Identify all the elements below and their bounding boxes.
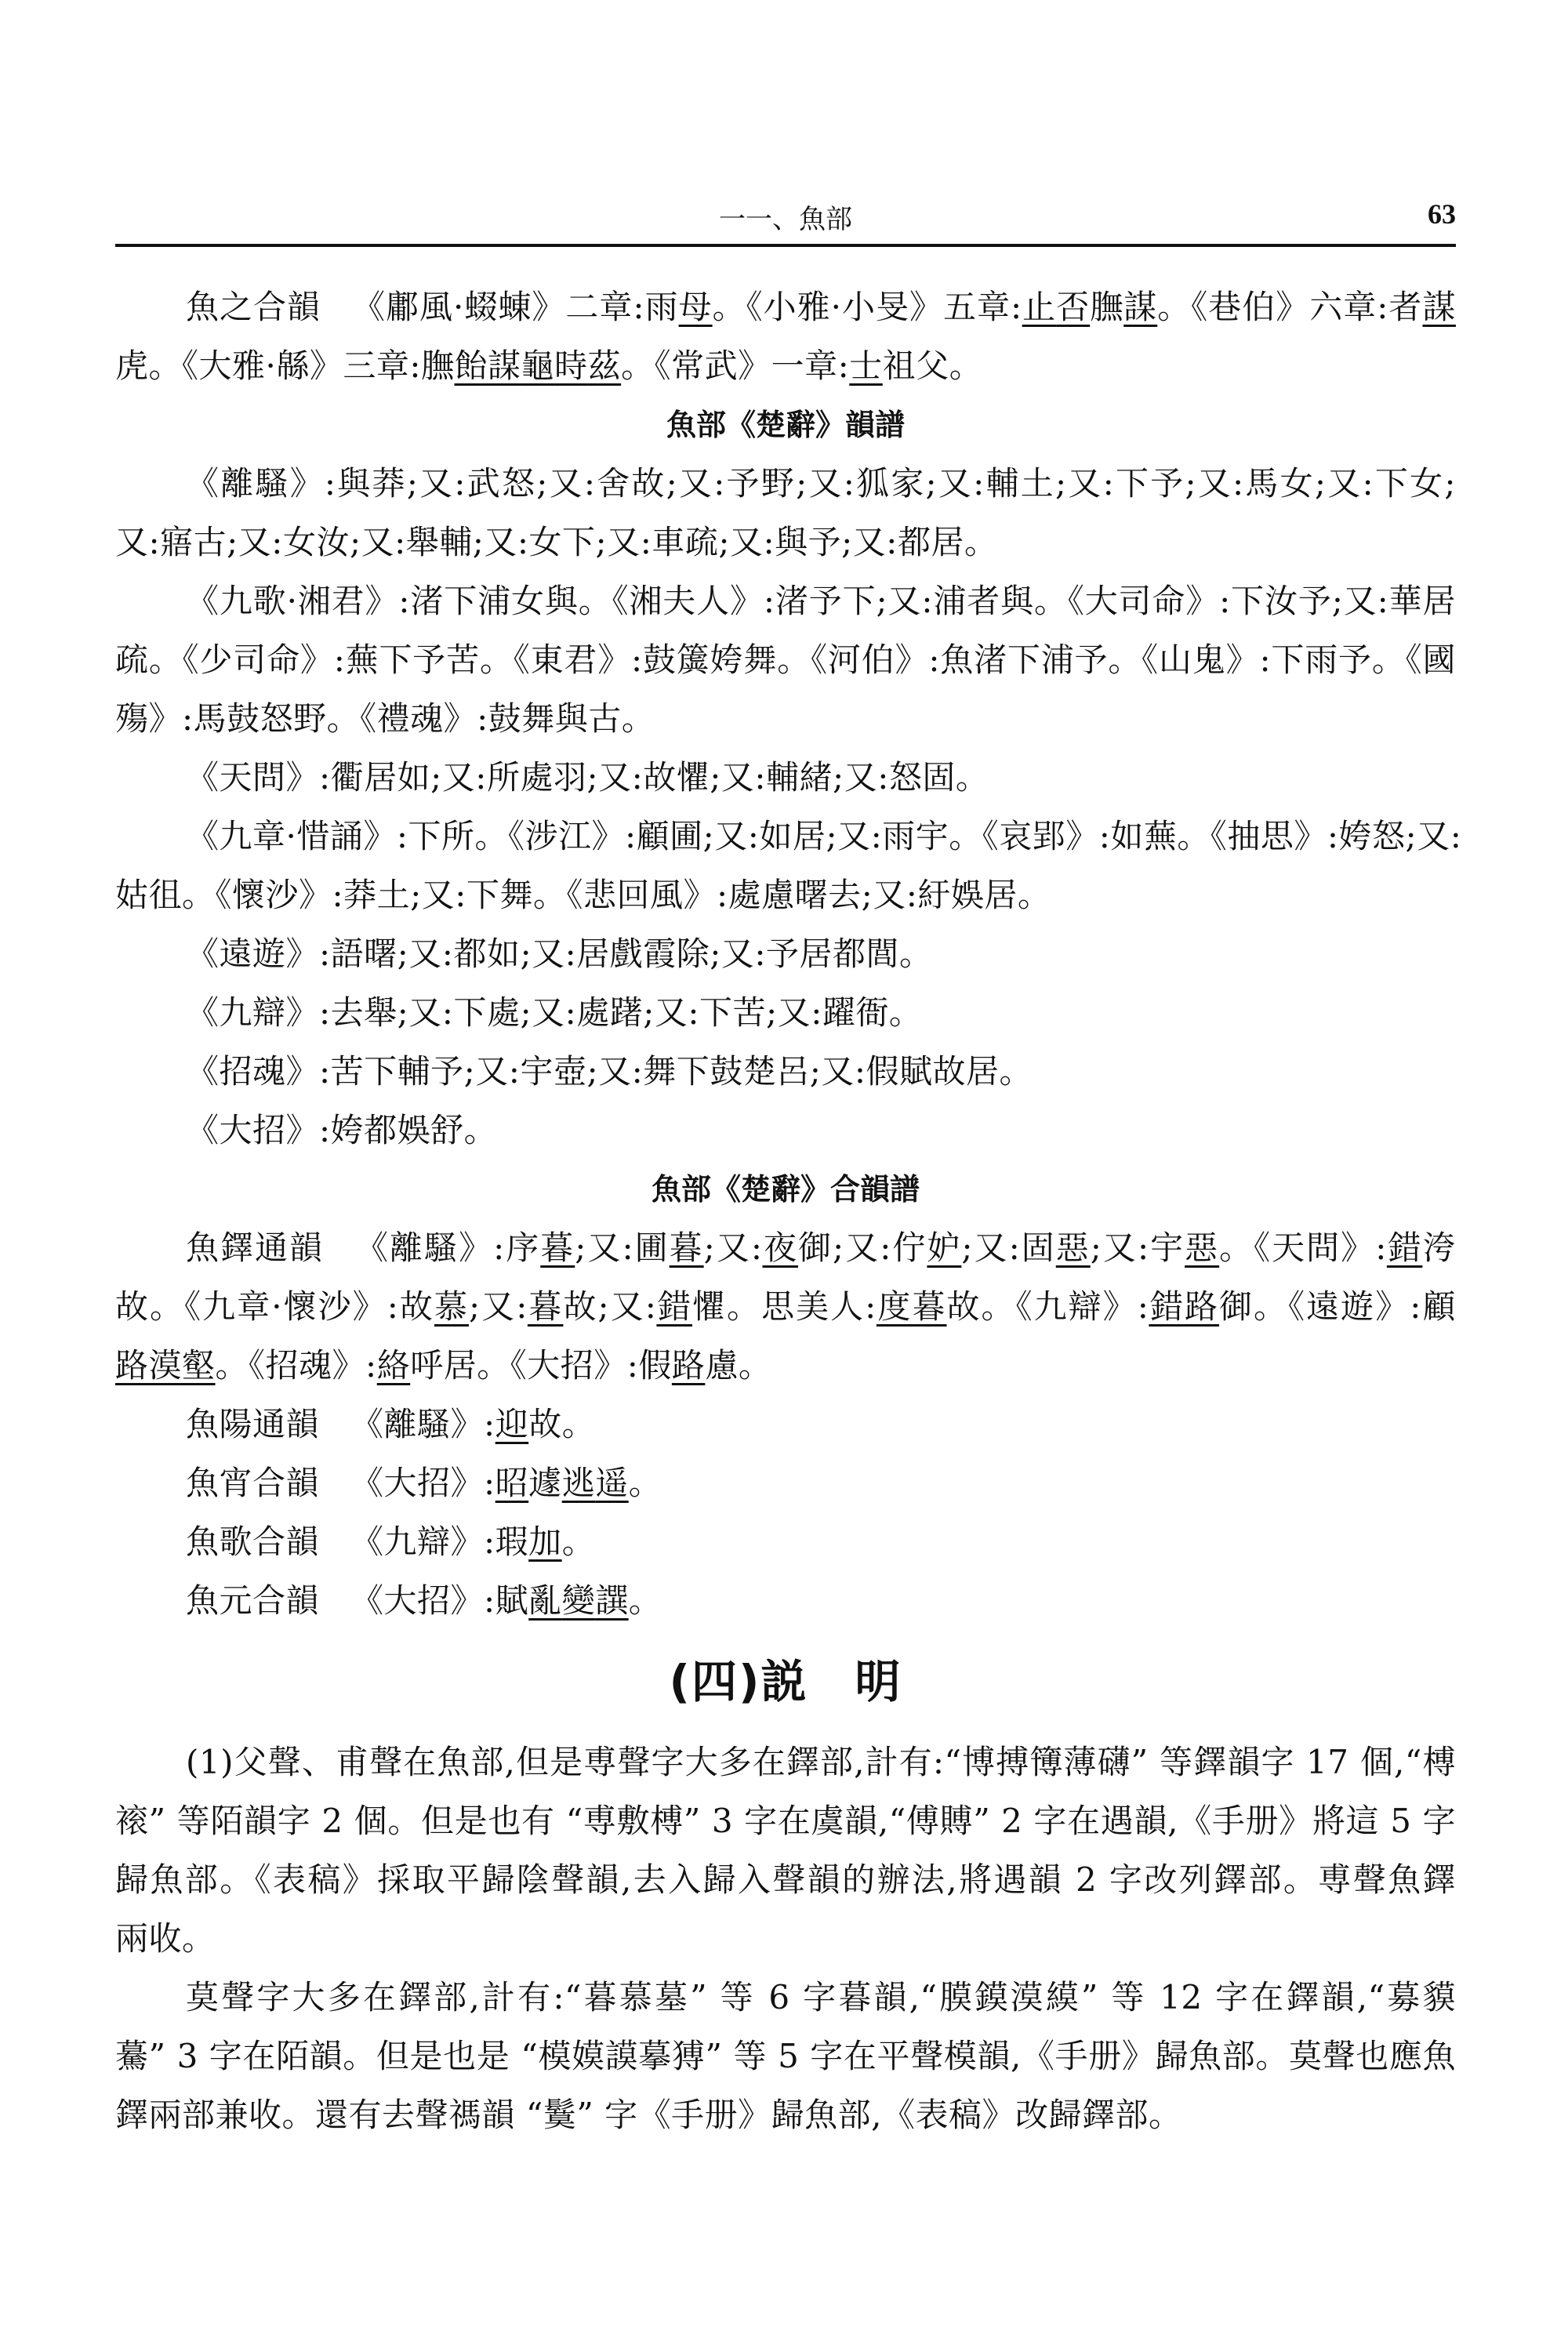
paragraph-line: 鐸兩部兼收。還有去聲禡韻 “鬕” 字《手册》歸魚部,《表稿》改歸鐸部。 [115, 2092, 1456, 2139]
running-head: 一一、魚部 63 [115, 198, 1456, 237]
text-run: ;又:圃 [575, 1229, 669, 1267]
underlined-rhyme-char: 漠 [149, 1346, 183, 1385]
paragraph-line: 歸魚部。《表稿》採取平歸陰聲韻,去入歸入聲韻的辦法,將遇韻 2 字改列鐸部。尃聲… [115, 1857, 1456, 1904]
rhyme-line: 魚鐸通韻《離騷》:序暮;又:圃暮;又:夜御;又:佇妒;又:固惡;又:宇惡。《天問… [115, 1225, 1456, 1272]
text-run: 《鄘風·蝃蝀》二章:雨 [352, 288, 679, 326]
text-run: 。《招魂》: [216, 1346, 377, 1385]
text-line: 疏。《少司命》:蕪下予苦。《東君》:鼓簴姱舞。《河伯》:魚渚下浦予。《山鬼》:下… [115, 637, 1456, 684]
underlined-rhyme-char: 亂 [528, 1581, 562, 1620]
text-run: 洿 [1422, 1229, 1456, 1267]
underlined-rhyme-char: 暮 [912, 1287, 946, 1326]
rhyme-line: 故。《九章·懷沙》:故慕;又:暮故;又:錯懼。思美人:度暮故。《九辯》:錯路御。… [115, 1283, 1456, 1330]
text-line: 《九章·惜誦》:下所。《涉江》:顧圃;又:如居;又:雨宇。《哀郢》:如蕪。《抽思… [115, 813, 1456, 860]
text-run: 故。 [528, 1405, 595, 1443]
underlined-rhyme-char: 慕 [434, 1287, 469, 1326]
underlined-rhyme-char: 暮 [670, 1229, 704, 1267]
underlined-rhyme-char: 逃 [562, 1464, 596, 1502]
rhyme-category-label: 魚之合韻 [186, 288, 321, 326]
text-line: 《離騷》:與莽;又:武怒;又:舍故;又:予野;又:狐家;又:輔土;又:下予;又:… [115, 460, 1456, 507]
section-heading-explanation: (四)説 明 [115, 1650, 1456, 1713]
rhyme-line: 魚歌合韻《九辯》:瑕加。 [115, 1519, 1456, 1566]
underlined-rhyme-char: 妒 [927, 1229, 961, 1267]
underlined-rhyme-char: 變 [562, 1581, 596, 1620]
text-run: 呼居。《大招》:假 [410, 1346, 672, 1385]
intro-line-1: 魚之合韻《鄘風·蝃蝀》二章:雨母。《小雅·小旻》五章:止否膴謀。《巷伯》六章:者… [115, 284, 1456, 331]
underlined-rhyme-char: 茲 [588, 347, 622, 385]
text-run: ;又: [704, 1229, 763, 1267]
underlined-rhyme-char: 謀 [1123, 288, 1157, 326]
text-run: 御;又:佇 [798, 1229, 927, 1267]
text-line: 殤》:馬鼓怒野。《禮魂》:鼓舞與古。 [115, 695, 1456, 742]
text-line: 《大招》:姱都娛舒。 [115, 1107, 1456, 1154]
rhyme-line: 路漠壑。《招魂》:絡呼居。《大招》:假路慮。 [115, 1342, 1456, 1389]
text-run: 。《天問》: [1219, 1229, 1387, 1267]
rhyme-line: 魚元合韻《大招》:賦亂變譔。 [115, 1577, 1456, 1624]
text-run: 故;又: [563, 1287, 656, 1326]
underlined-rhyme-char: 迎 [495, 1405, 529, 1443]
rhyme-category-label: 魚元合韻 [186, 1581, 319, 1620]
underlined-rhyme-char: 否 [1056, 288, 1090, 326]
text-line: 《九辯》:去舉;又:下處;又:處躇;又:下苦;又:躍衙。 [115, 989, 1456, 1036]
text-run: 《大招》: [350, 1464, 495, 1502]
running-title: 一一、魚部 [115, 198, 1456, 236]
text-run: 故。《九辯》: [946, 1287, 1149, 1326]
text-run: ;又:固 [961, 1229, 1055, 1267]
text-run: 。《小雅·小旻》五章: [713, 288, 1022, 326]
underlined-rhyme-char: 謀 [488, 347, 521, 385]
underlined-rhyme-char: 絡 [377, 1346, 411, 1385]
text-run: 《大招》:賦 [350, 1581, 528, 1620]
text-run: 。 [562, 1523, 596, 1561]
section-heading-combined-rhyme-table: 魚部《楚辭》合韻譜 [115, 1166, 1456, 1213]
text-line: 《天問》:衢居如;又:所處羽;又:故懼;又:輔緒;又:怒固。 [115, 754, 1456, 801]
text-run: 虎。《大雅·緜》三章:膴 [115, 347, 455, 385]
page-number: 63 [1428, 198, 1456, 230]
section-heading-rhyme-table: 魚部《楚辭》韻譜 [115, 401, 1456, 448]
rhyme-category-label: 魚鐸通韻 [186, 1229, 324, 1267]
underlined-rhyme-char: 母 [679, 288, 713, 326]
text-line: 姑徂。《懷沙》:莽土;又:下舞。《悲回風》:處慮曙去;又:紆娛居。 [115, 872, 1456, 919]
text-run: 遽 [528, 1464, 562, 1502]
underlined-rhyme-char: 路 [1185, 1287, 1219, 1326]
text-line: 《遠遊》:語曙;又:都如;又:居戲霞除;又:予居都閭。 [115, 931, 1456, 978]
rhyme-category-label: 魚歌合韻 [186, 1523, 319, 1561]
underlined-rhyme-char: 加 [528, 1523, 562, 1561]
underlined-rhyme-char: 謀 [1422, 288, 1456, 326]
underlined-rhyme-char: 止 [1022, 288, 1057, 326]
underlined-rhyme-char: 惡 [1185, 1229, 1219, 1267]
intro-line-2: 虎。《大雅·緜》三章:膴飴謀龜時茲。《常武》一章:士祖父。 [115, 343, 1456, 390]
paragraph-line: (1)父聲、甫聲在魚部,但是尃聲字大多在鐸部,計有:“博搏簙薄礴” 等鐸韻字 1… [115, 1739, 1456, 1786]
text-run: 《離騷》: [350, 1405, 495, 1443]
paragraph-line: 䙛” 等陌韻字 2 個。但是也有 “尃敷榑” 3 字在虞韻,“傅賻” 2 字在遇… [115, 1798, 1456, 1845]
paragraph-line: 兩收。 [115, 1915, 1456, 1962]
text-line: 《招魂》:苦下輔予;又:宇壺;又:舞下鼓楚呂;又:假賦故居。 [115, 1048, 1456, 1095]
text-run: 慮。 [705, 1346, 771, 1385]
text-run: 懼。思美人: [692, 1287, 877, 1326]
header-rule [115, 244, 1456, 247]
text-run: 御。《遠遊》:顧 [1219, 1287, 1456, 1326]
underlined-rhyme-char: 錯 [1149, 1287, 1185, 1326]
underlined-rhyme-char: 時 [554, 347, 588, 385]
text-run: 。 [629, 1581, 662, 1620]
text-run: 《離騷》:序 [355, 1229, 540, 1267]
text-run: 。 [629, 1464, 662, 1502]
rhyme-category-label: 魚宵合韻 [186, 1464, 319, 1502]
underlined-rhyme-char: 惡 [1056, 1229, 1091, 1267]
paragraph-line: 驀” 3 字在陌韻。但是也是 “模嫫謨摹猼” 等 5 字在平聲模韻,《手册》歸魚… [115, 2033, 1456, 2080]
rhyme-line: 魚宵合韻《大招》:昭遽逃遥。 [115, 1460, 1456, 1507]
underlined-rhyme-char: 錯 [656, 1287, 692, 1326]
underlined-rhyme-char: 遥 [595, 1464, 629, 1502]
text-run: 故。《九章·懷沙》:故 [115, 1287, 434, 1326]
book-page: 一一、魚部 63 魚之合韻《鄘風·蝃蝀》二章:雨母。《小雅·小旻》五章:止否膴謀… [0, 0, 1568, 2352]
text-run: ;又: [469, 1287, 528, 1326]
text-run: ;又:宇 [1091, 1229, 1185, 1267]
underlined-rhyme-char: 壑 [182, 1346, 216, 1385]
text-run: 。《常武》一章: [621, 347, 849, 385]
rhyme-category-label: 魚陽通韻 [186, 1405, 319, 1443]
underlined-rhyme-char: 譔 [595, 1581, 629, 1620]
paragraph-line: 莫聲字大多在鐸部,計有:“暮慕墓” 等 6 字暮韻,“膜鏌漠縸” 等 12 字在… [115, 1974, 1456, 2021]
underlined-rhyme-char: 飴 [455, 347, 488, 385]
text-run: 祖父。 [883, 347, 983, 385]
underlined-rhyme-char: 錯 [1387, 1229, 1423, 1267]
underlined-rhyme-char: 度 [877, 1287, 913, 1326]
text-run: 膴 [1090, 288, 1123, 326]
underlined-rhyme-char: 暮 [528, 1287, 564, 1326]
underlined-rhyme-char: 昭 [495, 1464, 529, 1502]
text-run: 《九辯》:瑕 [350, 1523, 528, 1561]
text-run: 。《巷伯》六章:者 [1157, 288, 1422, 326]
underlined-rhyme-char: 士 [849, 347, 883, 385]
text-line: 又:寤古;又:女汝;又:舉輔;又:女下;又:車疏;又:與予;又:都居。 [115, 519, 1456, 566]
underlined-rhyme-char: 路 [115, 1346, 149, 1385]
underlined-rhyme-char: 暮 [540, 1229, 575, 1267]
underlined-rhyme-char: 路 [672, 1346, 706, 1385]
text-line: 《九歌·湘君》:渚下浦女與。《湘夫人》:渚予下;又:浦者與。《大司命》:下汝予;… [115, 578, 1456, 625]
underlined-rhyme-char: 夜 [762, 1229, 798, 1267]
rhyme-line: 魚陽通韻《離騷》:迎故。 [115, 1401, 1456, 1448]
underlined-rhyme-char: 龜 [521, 347, 555, 385]
